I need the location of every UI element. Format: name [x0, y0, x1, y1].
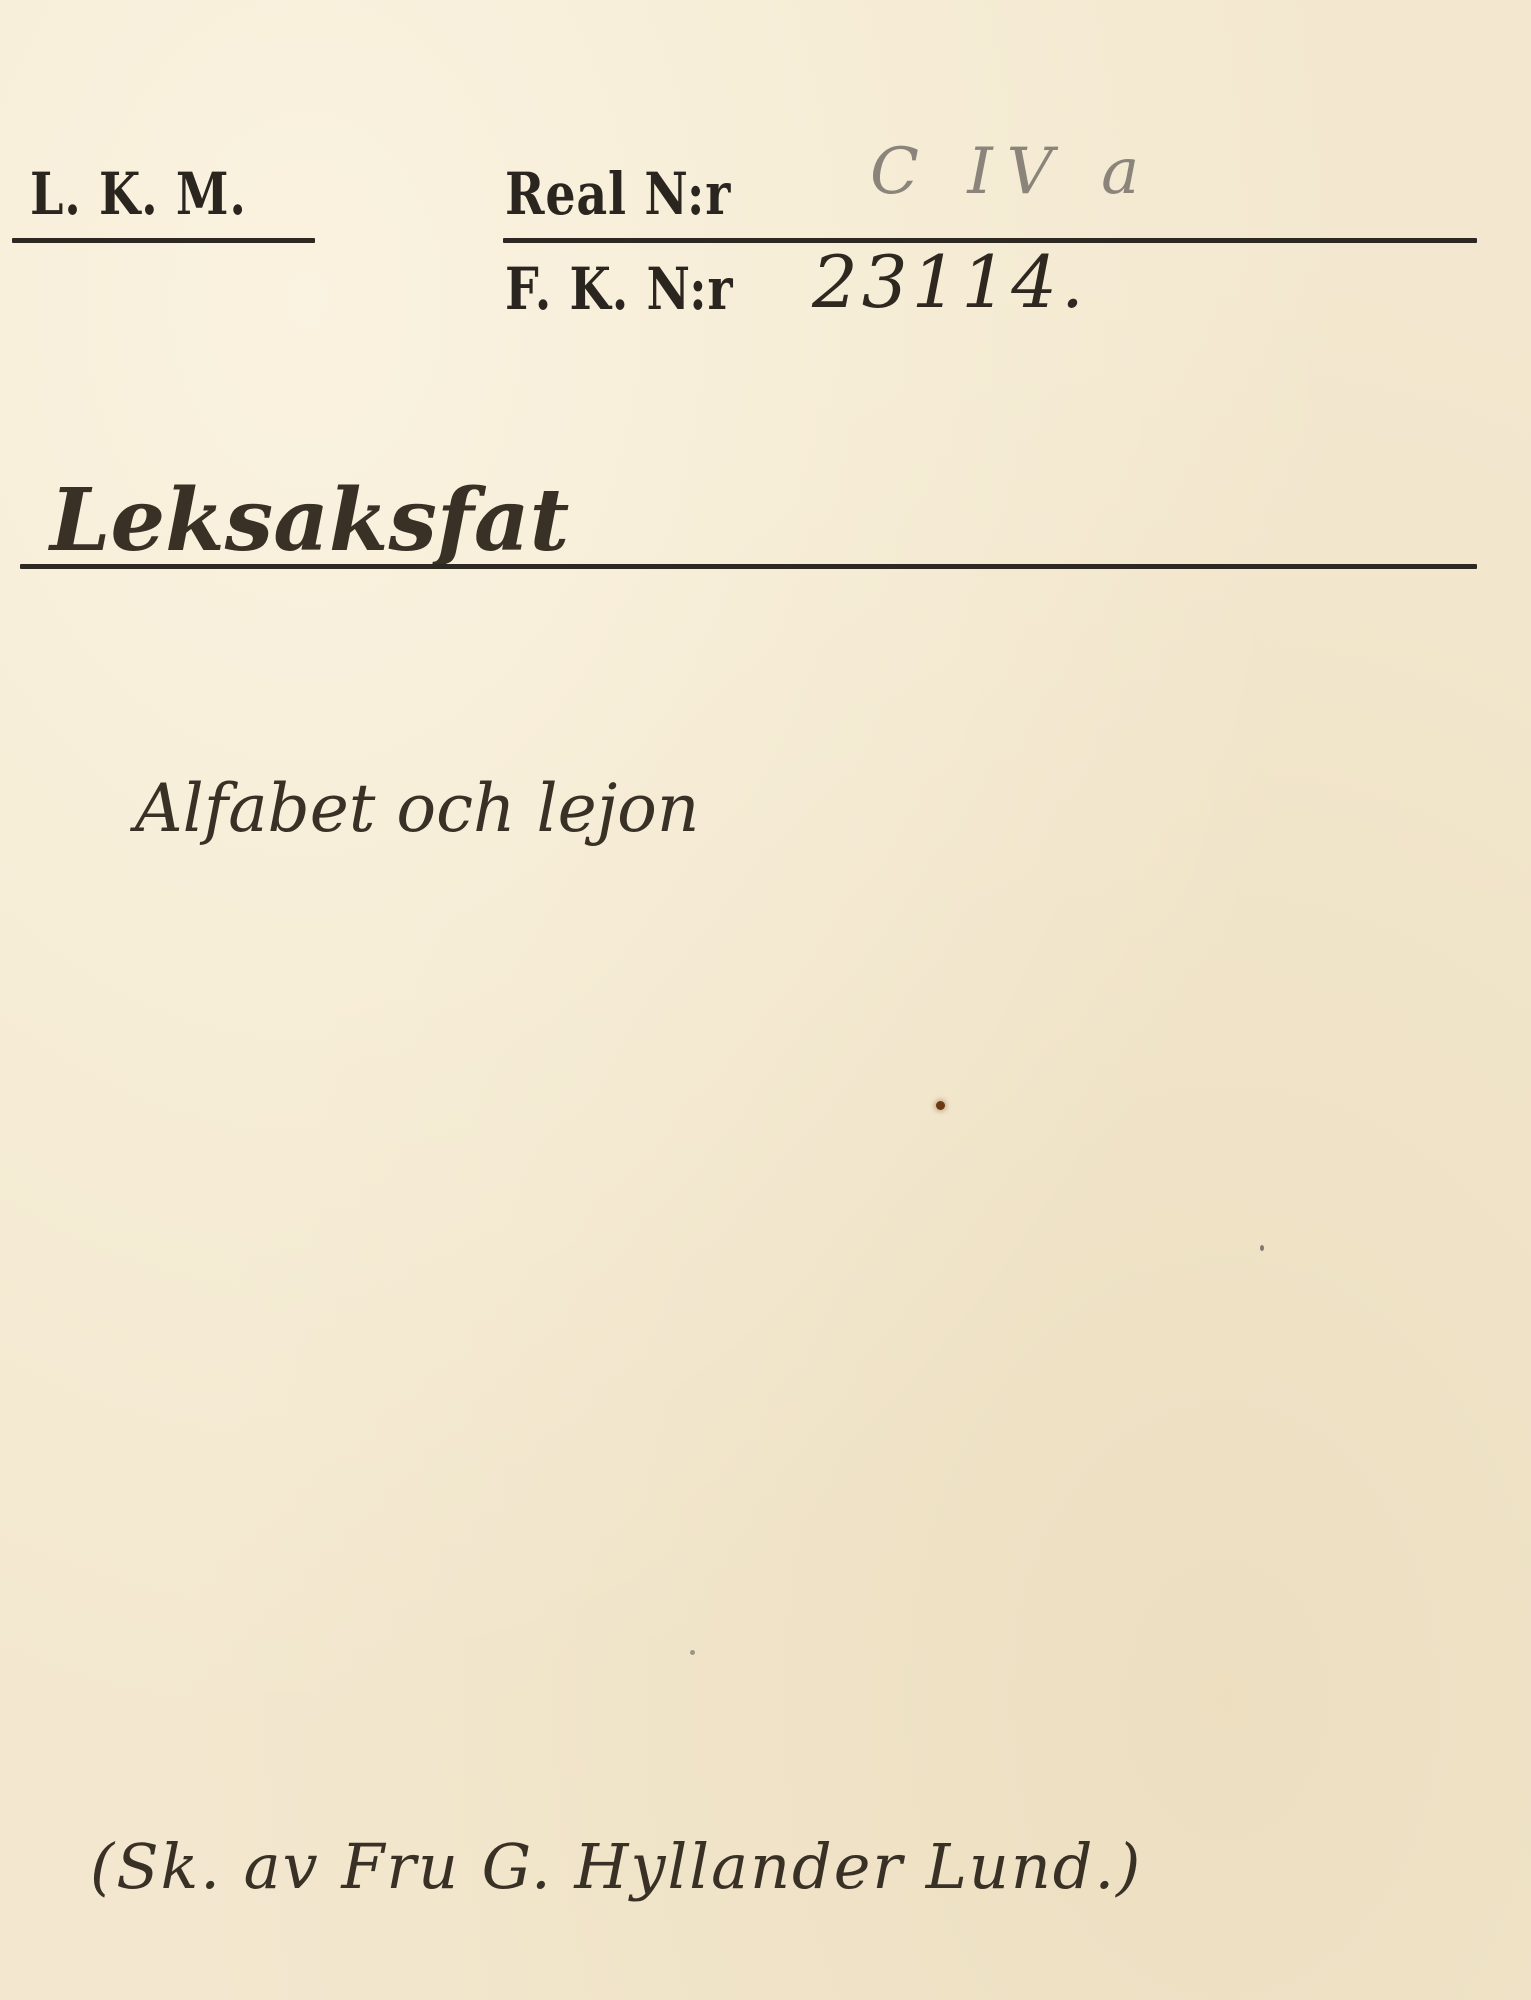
- provenance-note: (Sk. av Fru G. Hyllander Lund.): [90, 1830, 1142, 1903]
- institution-label: L. K. M.: [30, 160, 247, 228]
- object-name-underline: [20, 564, 1477, 569]
- ink-stain: [936, 1101, 945, 1110]
- fk-number-value: 23114.: [812, 240, 1088, 324]
- real-number-label: Real N:r: [505, 160, 731, 228]
- object-description: Alfabet och lejon: [135, 770, 699, 847]
- object-name: Leksaksfat: [50, 470, 569, 571]
- speck: [1260, 1245, 1264, 1251]
- institution-underline: [12, 238, 315, 243]
- speck: [690, 1650, 695, 1655]
- fk-number-label: F. K. N:r: [505, 255, 733, 323]
- real-number-value: C IV a: [870, 135, 1153, 209]
